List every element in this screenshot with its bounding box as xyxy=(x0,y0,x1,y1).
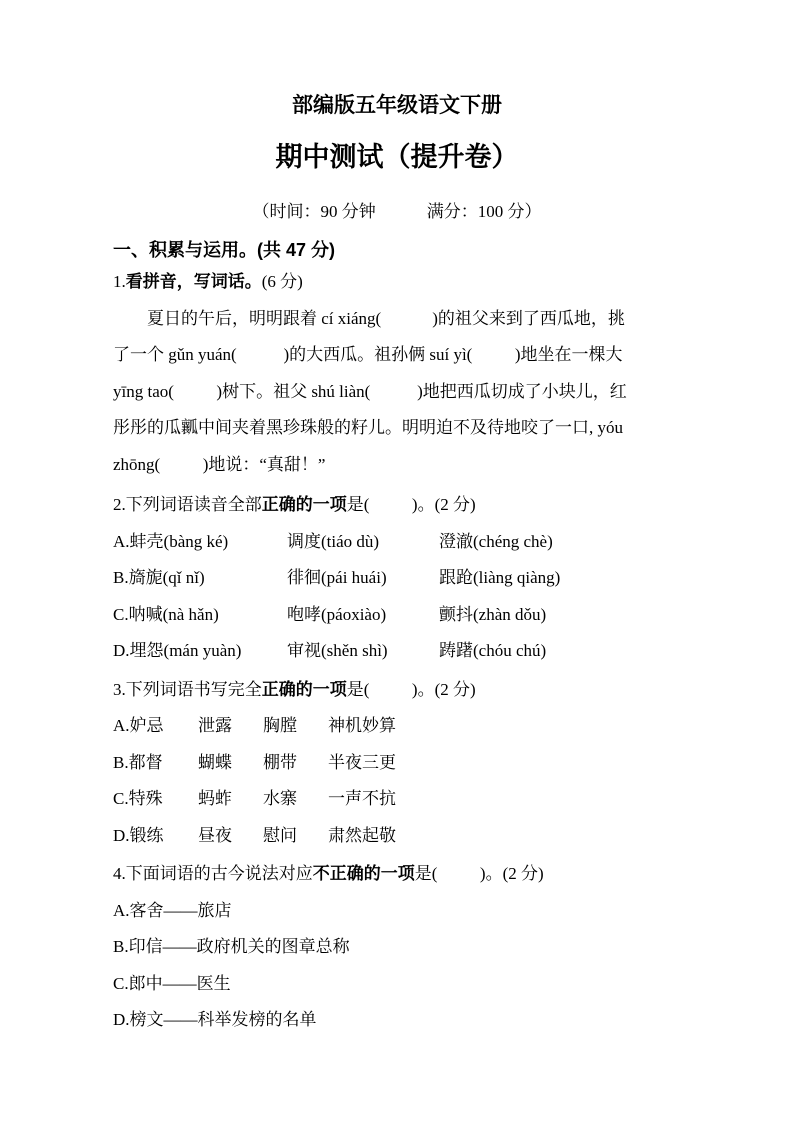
doc-title-series: 部编版五年级语文下册 xyxy=(0,93,794,119)
q3-stem-pre: 3.下列词语书写完全 xyxy=(113,680,262,699)
q3-option-a-word2: 泄露 xyxy=(198,708,263,745)
q4-stem: 4.下面词语的古今说法对应不正确的一项是( )。(2 分) xyxy=(113,856,691,893)
q4-stem-post: 是( )。(2 分) xyxy=(415,864,544,883)
q3-option-row-a: A.妒忌泄露胸膛神机妙算 xyxy=(113,708,691,745)
q2-option-row-a: A.蚌壳(bàng ké)调度(tiáo dù)澄澈(chéng chè) xyxy=(113,524,691,561)
q2-option-c-word3: 颤抖(zhàn dǒu) xyxy=(439,597,691,634)
q2-option-b-word3: 跟跄(liàng qiàng) xyxy=(439,560,691,597)
q3-option-c-word4: 一声不抗 xyxy=(328,781,691,818)
q3-option-d-word1: D.锻练 xyxy=(113,818,198,855)
q2-option-a-word3: 澄澈(chéng chè) xyxy=(439,524,691,561)
q1-paragraph-line: 彤彤的瓜瓤中间夹着黑珍珠般的籽儿。明明迫不及待地咬了一口, yóu xyxy=(113,410,691,447)
q2-option-a-word2: 调度(tiáo dù) xyxy=(287,524,439,561)
q3-option-b-word4: 半夜三更 xyxy=(328,745,691,782)
q4-option-c: C.郎中——医生 xyxy=(113,966,691,1003)
q3-option-b-word1: B.都督 xyxy=(113,745,198,782)
q2-option-d-word3: 踌躇(chóu chú) xyxy=(439,633,691,670)
q3-option-b-word3: 棚带 xyxy=(263,745,328,782)
q2-option-c-word2: 咆哮(páoxiào) xyxy=(287,597,439,634)
q3-option-a-word1: A.妒忌 xyxy=(113,708,198,745)
q3-option-row-b: B.都督蝴蝶棚带半夜三更 xyxy=(113,745,691,782)
q2-option-b-word2: 徘徊(pái huái) xyxy=(287,560,439,597)
q4-stem-pre: 4.下面词语的古今说法对应 xyxy=(113,864,313,883)
q3-stem-post: 是( )。(2 分) xyxy=(347,680,476,699)
q2-option-d-word2: 审视(shěn shì) xyxy=(287,633,439,670)
q3-option-a-word3: 胸膛 xyxy=(263,708,328,745)
q2-stem-pre: 2.下列词语读音全部 xyxy=(113,495,262,514)
q2-option-row-b: B.旖旎(qǐ nǐ)徘徊(pái huái)跟跄(liàng qiàng) xyxy=(113,560,691,597)
section-one-heading: 一、积累与运用。(共 47 分) xyxy=(113,237,335,263)
q1-paragraph-line: 夏日的午后，明明跟着 cí xiáng( )的祖父来到了西瓜地，挑 xyxy=(113,301,691,338)
q3-option-b-word2: 蝴蝶 xyxy=(198,745,263,782)
q3-option-row-d: D.锻练昼夜慰问肃然起敬 xyxy=(113,818,691,855)
q2-option-a-word1: A.蚌壳(bàng ké) xyxy=(113,524,287,561)
q4-option-b: B.印信——政府机关的图章总称 xyxy=(113,929,691,966)
q1-paragraph-line: 了一个 gǔn yuán( )的大西瓜。祖孙俩 suí yì( )地坐在一棵大 xyxy=(113,337,691,374)
q4-option-d: D.榜文——科举发榜的名单 xyxy=(113,1002,691,1039)
q2-option-b-word1: B.旖旎(qǐ nǐ) xyxy=(113,560,287,597)
exam-paper-page: 部编版五年级语文下册 期中测试（提升卷） （时间：90 分钟 满分：100 分）… xyxy=(0,0,794,1123)
exam-body: 1.看拼音，写词话。(6 分) 夏日的午后，明明跟着 cí xiáng( )的祖… xyxy=(113,264,691,1039)
q3-option-d-word2: 昼夜 xyxy=(198,818,263,855)
q2-option-d-word1: D.埋怨(mán yuàn) xyxy=(113,633,287,670)
q1-number: 1. xyxy=(113,272,126,291)
q2-option-c-word1: C.呐喊(nà hǎn) xyxy=(113,597,287,634)
q1-paragraph-line: zhōng( )地说：“真甜！” xyxy=(113,447,691,484)
q3-option-row-c: C.特殊蚂蚱水寨一声不抗 xyxy=(113,781,691,818)
q3-option-d-word4: 肃然起敬 xyxy=(328,818,691,855)
q1-score: (6 分) xyxy=(262,272,303,291)
q1-paragraph-line: yīng tao( )树下。祖父 shú liàn( )地把西瓜切成了小块儿，红 xyxy=(113,374,691,411)
q3-option-d-word3: 慰问 xyxy=(263,818,328,855)
q3-option-c-word3: 水寨 xyxy=(263,781,328,818)
exam-time-score-info: （时间：90 分钟 满分：100 分） xyxy=(0,200,794,224)
q2-stem-post: 是( )。(2 分) xyxy=(347,495,476,514)
q3-option-c-word2: 蚂蚱 xyxy=(198,781,263,818)
q1-stem-text: 看拼音，写词话。 xyxy=(126,272,262,291)
q3-option-a-word4: 神机妙算 xyxy=(328,708,691,745)
q2-stem: 2.下列词语读音全部正确的一项是( )。(2 分) xyxy=(113,487,691,524)
q2-stem-emphasis: 正确的一项 xyxy=(262,495,347,514)
q4-option-a: A.客舍——旅店 xyxy=(113,893,691,930)
q2-option-row-c: C.呐喊(nà hǎn)咆哮(páoxiào)颤抖(zhàn dǒu) xyxy=(113,597,691,634)
q1-stem: 1.看拼音，写词话。(6 分) xyxy=(113,264,691,301)
q3-stem: 3.下列词语书写完全正确的一项是( )。(2 分) xyxy=(113,672,691,709)
doc-title-exam: 期中测试（提升卷） xyxy=(0,138,794,176)
q3-stem-emphasis: 正确的一项 xyxy=(262,680,347,699)
q4-stem-emphasis: 不正确的一项 xyxy=(313,864,415,883)
q2-option-row-d: D.埋怨(mán yuàn)审视(shěn shì)踌躇(chóu chú) xyxy=(113,633,691,670)
q3-option-c-word1: C.特殊 xyxy=(113,781,198,818)
